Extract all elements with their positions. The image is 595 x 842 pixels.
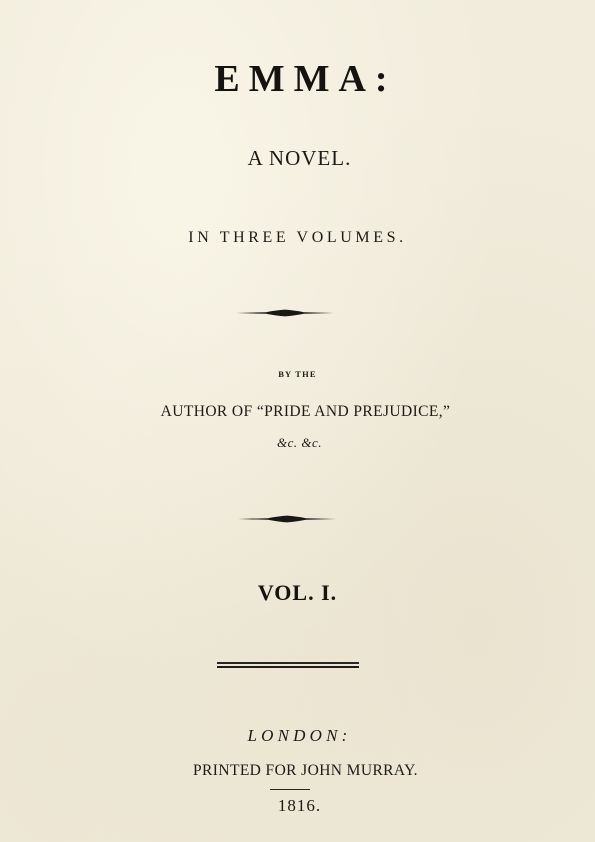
byline-prefix: BY THE xyxy=(0,370,595,379)
volumes-note: IN THREE VOLUMES. xyxy=(0,230,595,246)
rule-line xyxy=(217,662,359,664)
volume-number: VOL. I. xyxy=(0,582,595,604)
rule-line xyxy=(217,666,359,668)
ornamental-rule-icon xyxy=(236,306,334,320)
short-rule-divider xyxy=(270,789,310,790)
double-rule-divider xyxy=(217,662,359,668)
author-etc: &c. &c. xyxy=(0,436,595,449)
title-page: EMMA: A NOVEL. IN THREE VOLUMES. BY THE … xyxy=(0,0,595,842)
ornamental-rule-icon xyxy=(238,512,336,526)
imprint-year: 1816. xyxy=(0,797,595,814)
book-title: EMMA: xyxy=(0,60,595,98)
imprint-printer: PRINTED FOR JOHN MURRAY. xyxy=(0,763,595,779)
author-line: AUTHOR OF “PRIDE AND PREJUDICE,” xyxy=(0,404,595,420)
imprint-city: LONDON: xyxy=(0,727,595,744)
book-subtitle: A NOVEL. xyxy=(0,148,595,169)
